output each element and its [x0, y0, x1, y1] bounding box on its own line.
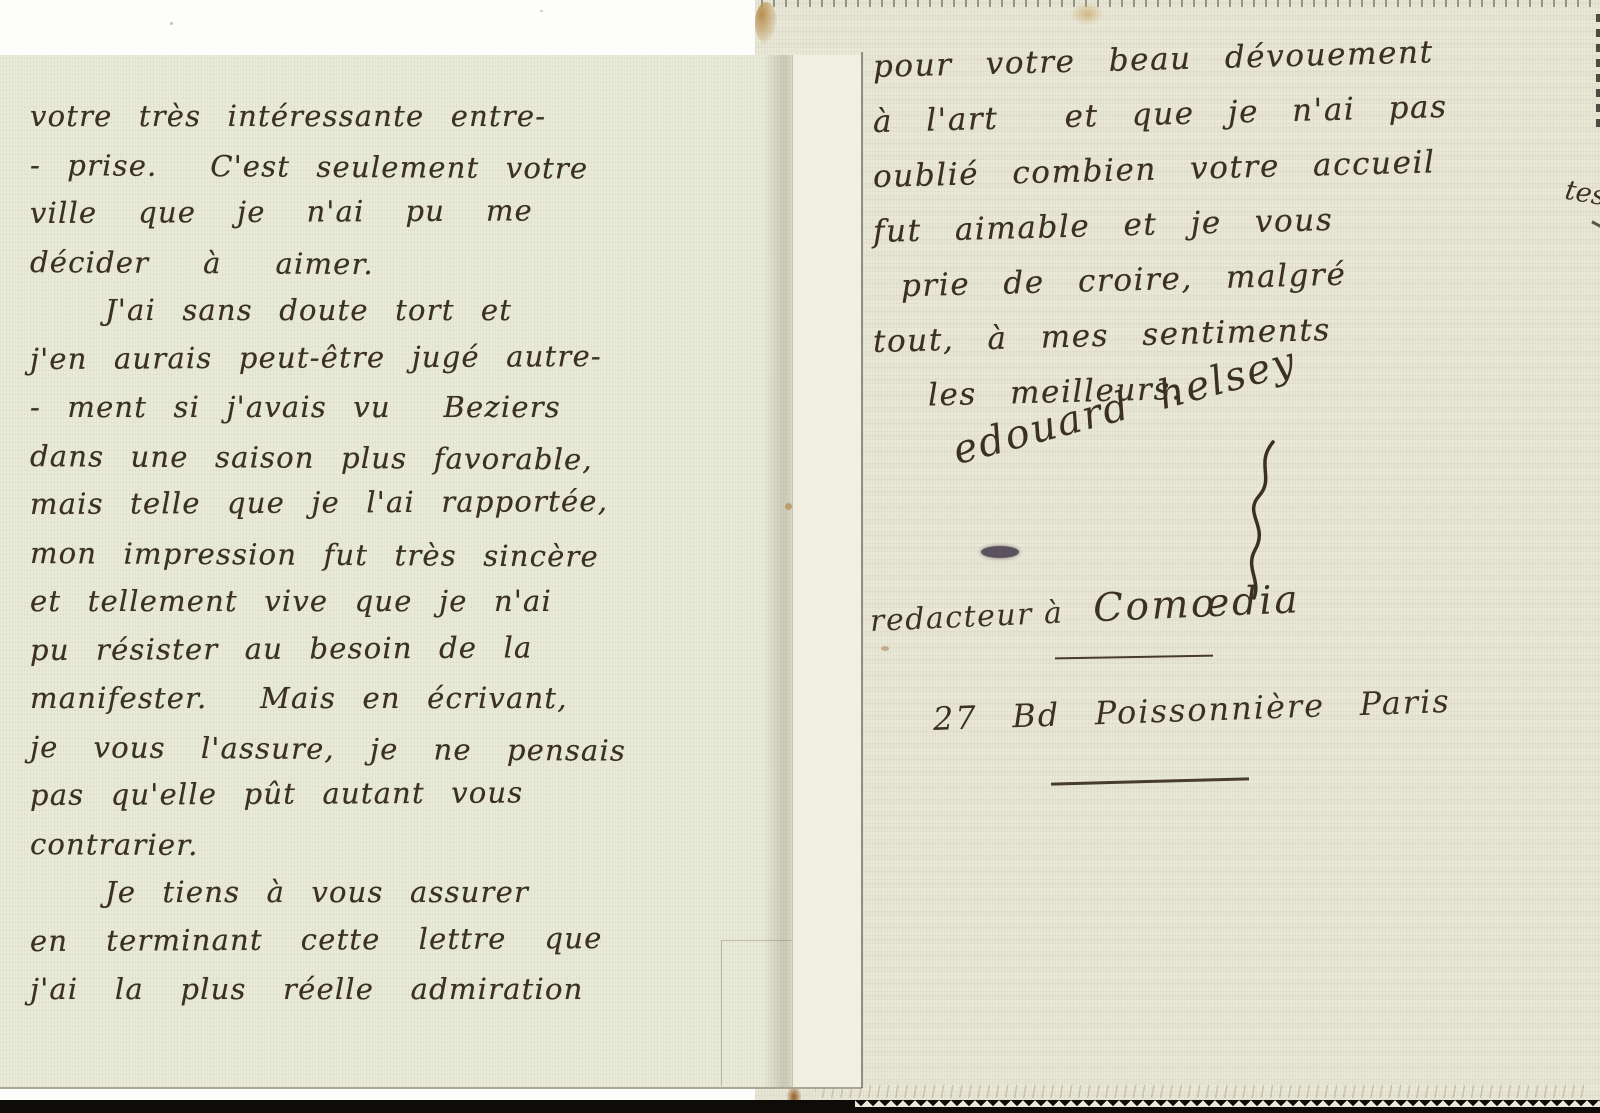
handwritten-line: et tellement vive que je n'ai	[30, 577, 790, 626]
torn-bottom-edge	[855, 1100, 1600, 1107]
handwritten-line: manifester. Mais en écrivant,	[30, 674, 790, 723]
handwritten-line: pas qu'elle pût autant vous	[30, 767, 790, 819]
handwritten-line: pu résister au besoin de la	[30, 622, 790, 674]
margin-text-fragment: tes	[1563, 175, 1600, 213]
corner-tear-stain	[755, 2, 777, 44]
handwritten-line: j'en aurais peut-être jugé autre-	[30, 331, 790, 383]
dust-speck	[540, 10, 543, 12]
role-prefix: redacteur à	[869, 596, 1064, 639]
rust-spot	[881, 646, 889, 651]
handwritten-line: votre très intéressante entre-	[30, 92, 790, 141]
handwritten-line: contrarier.	[30, 820, 790, 873]
left-page-text: votre très intéressante entre- - prise. …	[30, 92, 790, 1014]
handwritten-line: mon impression fut très sincère	[30, 529, 790, 582]
handwritten-line: Je tiens à vous assurer	[30, 868, 790, 917]
letter-scan: pour votre beau dévouement à l'art et qu…	[0, 0, 1600, 1113]
page-edge-strip	[792, 55, 862, 1087]
address-underline	[1051, 777, 1249, 785]
ink-blot	[981, 546, 1019, 558]
role-line: redacteur àComœdia	[869, 577, 1301, 641]
handwritten-line: ville que je n'ai pu me	[30, 185, 790, 237]
handwritten-line: j'ai la plus réelle admiration	[30, 965, 790, 1014]
publication-underline	[1055, 655, 1213, 660]
torn-top-edge	[761, 0, 1600, 7]
handwritten-line: mais telle que je l'ai rapportée,	[30, 476, 790, 528]
handwritten-line: - ment si j'avais vu Beziers	[30, 383, 790, 432]
letter-page-left: votre très intéressante entre- - prise. …	[0, 55, 862, 1089]
handwritten-line: décider à aimer.	[30, 238, 790, 291]
adjacent-page-edge	[1596, 14, 1600, 132]
publication-name: Comœdia	[1092, 577, 1301, 631]
letter-page-right: pour votre beau dévouement à l'art et qu…	[755, 0, 1600, 1100]
right-page-left-edge	[861, 52, 863, 1088]
address-line: 27 Bd Poissonnière Paris	[932, 682, 1451, 738]
margin-stroke	[1591, 220, 1600, 230]
handwritten-line: en terminant cette lettre que	[30, 913, 790, 965]
handwritten-line: J'ai sans doute tort et	[30, 286, 790, 335]
paper-stain	[1071, 3, 1103, 25]
bottom-scribble-marks	[815, 1085, 1585, 1098]
dust-speck	[170, 22, 173, 25]
